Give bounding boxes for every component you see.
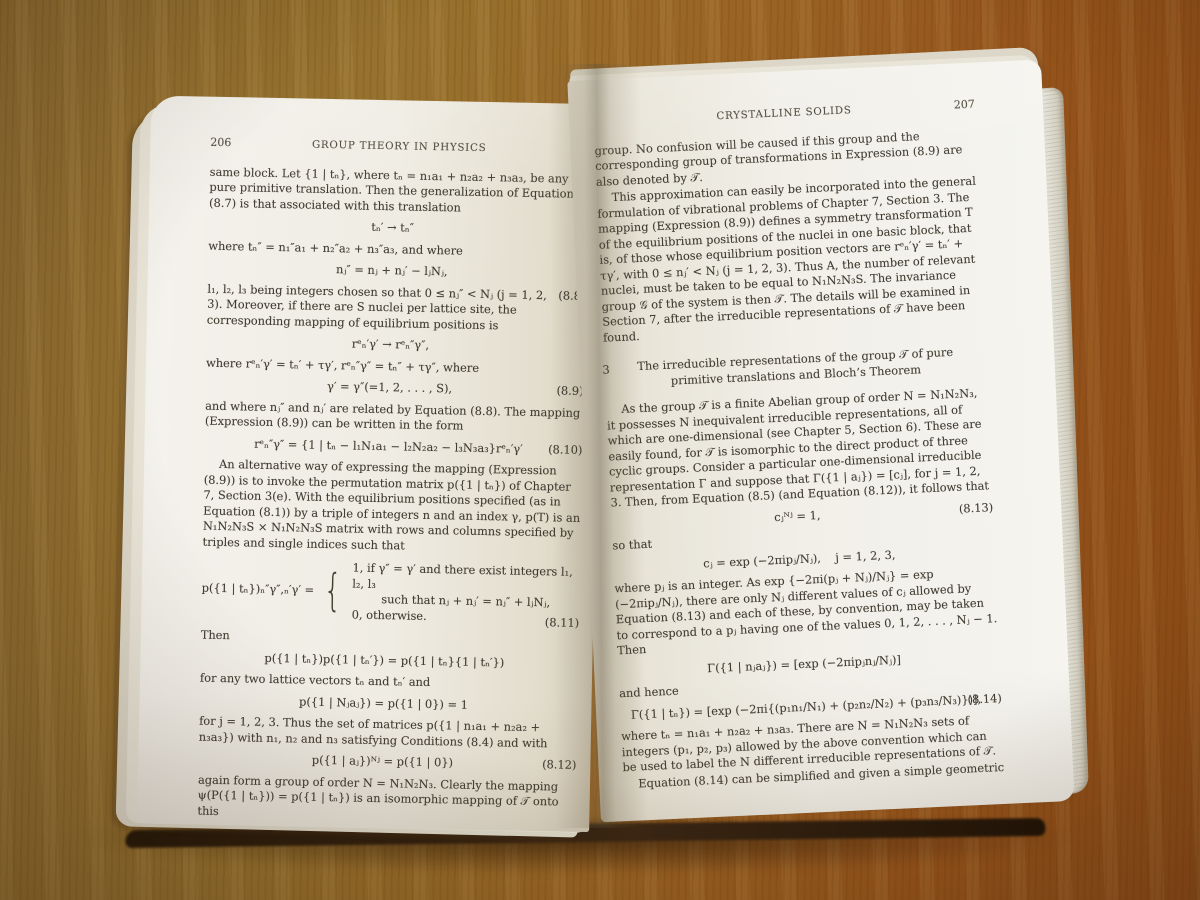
left-running-head: GROUP THEORY IN PHYSICS <box>244 136 554 157</box>
equation-body: rᵉₙ′γ′ → rᵉₙ″γ″, <box>352 336 430 351</box>
paragraph: (8.8)l₁, l₂, l₃ being integers chosen so… <box>207 281 586 335</box>
equation-body: tₙ′ → tₙ″ <box>371 220 414 235</box>
equation: tₙ′ → tₙ″ <box>209 217 577 240</box>
section-number: 3 <box>602 362 610 378</box>
paragraph: where tₙ″ = n₁″a₁ + n₂″a₂ + n₃″a₃, and w… <box>208 238 586 261</box>
right-running-head: CRYSTALLINE SOLIDS <box>627 99 941 129</box>
equation-number: (8.13) <box>959 500 994 517</box>
equation: p({1 | Nⱼaⱼ}) = p({1 | 0}) = 1 <box>199 692 567 715</box>
spacer <box>593 123 627 125</box>
paragraph: where pⱼ is an integer. As exp {−2πi(pⱼ … <box>614 564 999 659</box>
right-running-head-row: CRYSTALLINE SOLIDS 207 <box>593 97 975 131</box>
paragraph: As the group 𝒯 is a finite Abelian group… <box>606 385 993 511</box>
open-book: 206 GROUP THEORY IN PHYSICS same block. … <box>113 44 1048 852</box>
paragraph: This approximation can easily be incorpo… <box>596 173 985 345</box>
equation-number: (8.12) <box>542 757 577 773</box>
paragraph: again form a group of order N = N₁N₂N₃. … <box>197 772 576 826</box>
left-page-text: 206 GROUP THEORY IN PHYSICS same block. … <box>197 135 588 827</box>
paragraph: An alternative way of expressing the map… <box>202 457 582 557</box>
wood-table: 206 GROUP THEORY IN PHYSICS same block. … <box>0 0 1200 900</box>
left-running-head-row: 206 GROUP THEORY IN PHYSICS <box>210 135 588 159</box>
right-page-text: CRYSTALLINE SOLIDS 207 group. No confusi… <box>593 97 1005 794</box>
left-page-number: 206 <box>210 135 244 151</box>
equation-body: nⱼ″ = nⱼ + nⱼ′ − lⱼNⱼ, <box>336 262 448 278</box>
paragraph: and where nⱼ″ and nⱼ′ are related by Equ… <box>205 398 584 436</box>
right-page-number: 207 <box>941 97 976 114</box>
equation-number: (8.14) <box>967 690 1002 707</box>
equation-number: (8.9) <box>556 383 583 399</box>
equation: rᵉₙ′γ′ → rᵉₙ″γ″, <box>206 334 574 357</box>
paragraph: where rᵉₙ′γ′ = tₙ′ + τγ′, rᵉₙ″γ″ = tₙ″ +… <box>206 355 584 378</box>
paragraph: Then <box>201 628 579 651</box>
equation: p({1 | tₙ})p({1 | tₙ′}) = p({1 | tₙ}{1 |… <box>200 649 568 672</box>
equation-body: cⱼ = exp (−2πipⱼ/Nⱼ), j = 1, 2, 3, <box>703 547 896 570</box>
equation: rᵉₙ″γ″ = {1 | tₙ − l₁N₁a₁ − l₂N₂a₂ − l₃N… <box>204 435 572 458</box>
equation-body: rᵉₙ″γ″ = {1 | tₙ − l₁N₁a₁ − l₂N₂a₂ − l₃N… <box>254 436 523 455</box>
paragraph: same block. Let {1 | tₙ}, where tₙ = n₁a… <box>209 164 588 218</box>
equation-body: cⱼᴺʲ = 1, <box>774 508 821 524</box>
paragraph: for j = 1, 2, 3. Thus the set of matrice… <box>199 714 578 752</box>
cases-equation: p({1 | tₙ})ₙ″γ″,ₙ′γ′ = { 1, if γ″ = γ′ a… <box>201 558 580 627</box>
equation-number: (8.10) <box>548 442 583 458</box>
cases-brace: { <box>324 571 342 611</box>
equation-body: Γ({1 | nⱼaⱼ}) = [exp (−2πipⱼnⱼ/Nⱼ)] <box>707 652 901 675</box>
cases-line: 1, if γ″ = γ′ and there exist integers l… <box>352 561 580 596</box>
equation-body: p({1 | tₙ})p({1 | tₙ′}) = p({1 | tₙ}{1 |… <box>264 650 504 669</box>
left-page: 206 GROUP THEORY IN PHYSICS same block. … <box>137 96 603 833</box>
cases-lhs: p({1 | tₙ})ₙ″γ″,ₙ′γ′ = <box>202 581 315 599</box>
paragraph-text: l₁, l₂, l₃ being integers chosen so that… <box>207 281 547 332</box>
equation: nⱼ″ = nⱼ + nⱼ′ − lⱼNⱼ, <box>208 260 576 283</box>
right-page: CRYSTALLINE SOLIDS 207 group. No confusi… <box>567 60 1074 823</box>
equation-body: p({1 | aⱼ})ᴺʲ = p({1 | 0}) <box>312 753 453 770</box>
equation-number: (8.11) <box>545 615 580 631</box>
equation: γ′ = γ″(=1, 2, . . . , S),(8.9) <box>205 377 573 400</box>
paragraph: for any two lattice vectors tₙ and tₙ′ a… <box>200 671 578 694</box>
equation: p({1 | aⱼ})ᴺʲ = p({1 | 0})(8.12) <box>198 751 566 774</box>
equation-body: γ′ = γ″(=1, 2, . . . , S), <box>327 379 452 395</box>
section-heading: 3 The irreducible representations of the… <box>604 343 987 391</box>
equation-body: p({1 | Nⱼaⱼ}) = p({1 | 0}) = 1 <box>299 694 468 711</box>
